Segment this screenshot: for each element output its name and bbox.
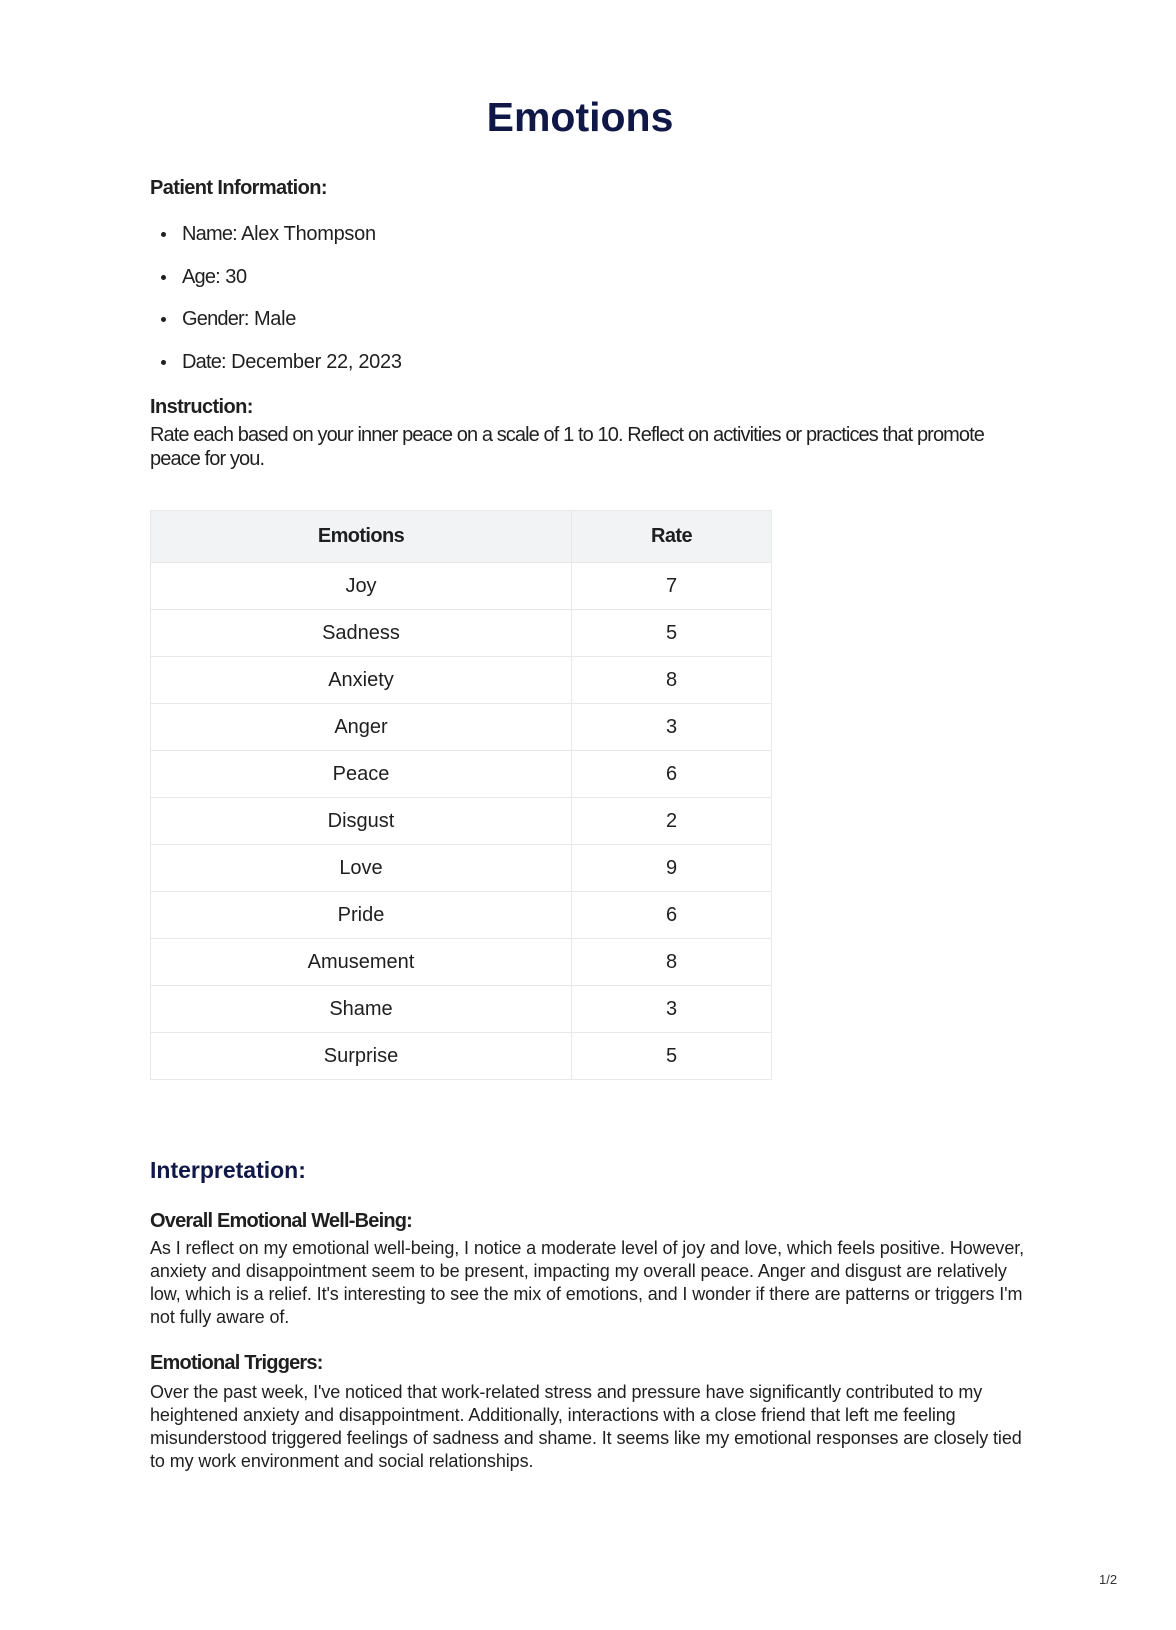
table-row: Anger3	[151, 704, 772, 751]
emotion-cell: Disgust	[151, 798, 572, 845]
patient-date-item: Date: December 22, 2023	[150, 348, 402, 391]
rate-cell: 9	[572, 845, 772, 892]
table-row: Sadness5	[151, 610, 772, 657]
triggers-heading: Emotional Triggers:	[150, 1352, 323, 1375]
emotion-cell: Peace	[151, 751, 572, 798]
wellbeing-text: As I reflect on my emotional well-being,…	[150, 1237, 1030, 1329]
patient-date-value: December 22, 2023	[231, 351, 402, 373]
rate-cell: 5	[572, 1033, 772, 1080]
emotion-cell: Sadness	[151, 610, 572, 657]
table-header-row: Emotions Rate	[151, 511, 772, 563]
patient-info-list: Name: Alex Thompson Age: 30 Gender: Male…	[150, 220, 402, 390]
table-row: Shame3	[151, 986, 772, 1033]
patient-gender-item: Gender: Male	[150, 305, 402, 348]
wellbeing-heading: Overall Emotional Well-Being:	[150, 1210, 412, 1233]
rate-cell: 3	[572, 986, 772, 1033]
table-row: Disgust2	[151, 798, 772, 845]
rate-cell: 8	[572, 657, 772, 704]
bullet-icon	[161, 232, 166, 237]
field-label: Date:	[182, 351, 226, 373]
emotion-cell: Amusement	[151, 939, 572, 986]
emotion-ratings-table: Emotions Rate Joy7 Sadness5 Anxiety8 Ang…	[150, 510, 772, 1080]
patient-info-heading: Patient Information:	[150, 177, 327, 200]
rate-cell: 8	[572, 939, 772, 986]
table-row: Amusement8	[151, 939, 772, 986]
field-label: Gender:	[182, 308, 249, 330]
patient-name-value: Alex Thompson	[241, 223, 376, 245]
patient-name-item: Name: Alex Thompson	[150, 220, 402, 263]
patient-age-value: 30	[225, 266, 247, 288]
table-row: Anxiety8	[151, 657, 772, 704]
emotion-cell: Surprise	[151, 1033, 572, 1080]
table-row: Peace6	[151, 751, 772, 798]
emotion-cell: Joy	[151, 563, 572, 610]
rate-cell: 6	[572, 892, 772, 939]
bullet-icon	[161, 317, 166, 322]
table-row: Surprise5	[151, 1033, 772, 1080]
column-header-rate: Rate	[572, 511, 772, 563]
bullet-icon	[161, 360, 166, 365]
emotion-cell: Love	[151, 845, 572, 892]
rate-cell: 5	[572, 610, 772, 657]
emotion-cell: Anxiety	[151, 657, 572, 704]
table-row: Pride6	[151, 892, 772, 939]
field-label: Name:	[182, 223, 237, 245]
rate-cell: 3	[572, 704, 772, 751]
rate-cell: 6	[572, 751, 772, 798]
interpretation-heading: Interpretation:	[150, 1157, 306, 1184]
rate-cell: 7	[572, 563, 772, 610]
table-row: Love9	[151, 845, 772, 892]
emotion-cell: Shame	[151, 986, 572, 1033]
patient-age-item: Age: 30	[150, 263, 402, 306]
document-title: Emotions	[0, 94, 1160, 141]
column-header-emotions: Emotions	[151, 511, 572, 563]
patient-gender-value: Male	[254, 308, 296, 330]
emotion-cell: Anger	[151, 704, 572, 751]
emotion-cell: Pride	[151, 892, 572, 939]
instruction-text: Rate each based on your inner peace on a…	[150, 423, 1010, 471]
table-row: Joy7	[151, 563, 772, 610]
triggers-text: Over the past week, I've noticed that wo…	[150, 1381, 1030, 1473]
instruction-heading: Instruction:	[150, 396, 253, 419]
rate-cell: 2	[572, 798, 772, 845]
page-indicator: 1/2	[1099, 1572, 1117, 1587]
bullet-icon	[161, 275, 166, 280]
field-label: Age:	[182, 266, 220, 288]
